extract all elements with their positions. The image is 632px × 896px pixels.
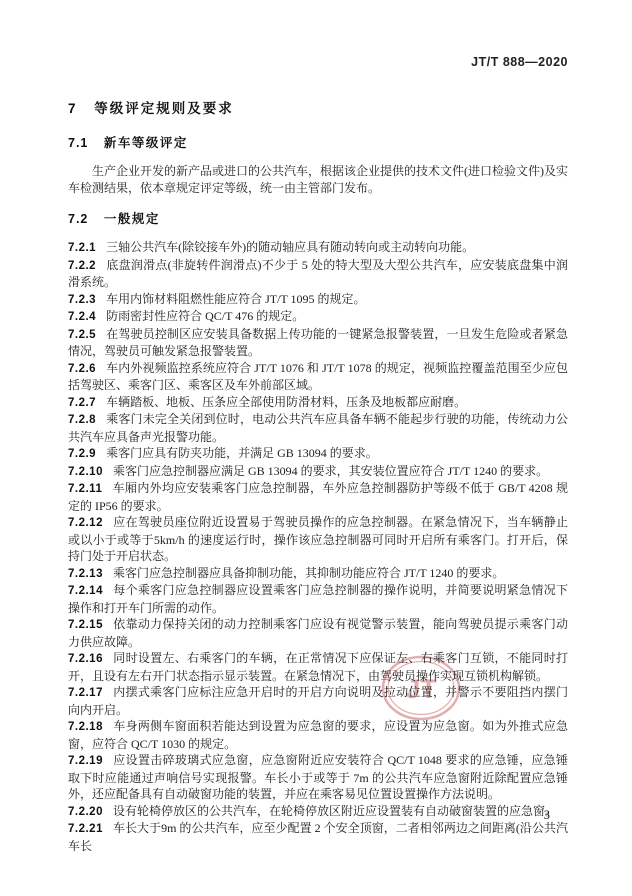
clause-number: 7.2.2 <box>68 260 96 272</box>
clause-number: 7.2.19 <box>68 755 103 767</box>
clause: 7.2.10乘客门应急控制器应满足 GB 13094 的要求，其安装位置应符合 … <box>68 463 568 481</box>
clause: 7.2.7车辆踏板、地板、压条应全部使用防滑材料，压条及地板都应耐磨。 <box>68 394 568 412</box>
section-7-2-heading: 7.2 一般规定 <box>68 209 568 227</box>
clause: 7.2.9乘客门应具有防夹功能，并满足 GB 13094 的要求。 <box>68 445 568 463</box>
clause-text: 乘客门应具有防夹功能，并满足 GB 13094 的要求。 <box>106 446 378 460</box>
clause: 7.2.17内摆式乘客门应标注应急开启时的开启方向说明及拉动位置，并警示不要阻挡… <box>68 684 568 718</box>
clause-text: 乘客门应急控制器应满足 GB 13094 的要求，其安装位置应符合 JT/T 1… <box>113 464 548 478</box>
chapter-title: 等级评定规则及要求 <box>94 101 234 116</box>
clause: 7.2.4防雨密封性应符合 QC/T 476 的规定。 <box>68 308 568 326</box>
clause: 7.2.19应设置击碎玻璃式应急窗，应急窗附近应安装符合 QC/T 1048 要… <box>68 752 568 803</box>
clause-text: 车身两侧车窗面积若能达到设置为应急窗的要求，应设置为应急窗。如为外推式应急窗，应… <box>68 719 568 751</box>
clause-number: 7.2.11 <box>68 483 102 495</box>
section-7-1-title: 新车等级评定 <box>104 136 188 150</box>
clause-text: 底盘润滑点(非旋转件润滑点)不少于 5 处的特大型及大型公共汽车，应安装底盘集中… <box>68 258 568 290</box>
clause-number: 7.2.4 <box>68 311 96 323</box>
clause-number: 7.2.12 <box>68 517 103 529</box>
clause: 7.2.15依靠动力保持关闭的动力控制乘客门应设有视觉警示装置，能向驾驶员提示乘… <box>68 616 568 650</box>
section-7-2-title: 一般规定 <box>104 212 160 226</box>
section-7-1-paragraph: 生产企业开发的新产品或进口的公共汽车，根据该企业提供的技术文件(进口检验文件)及… <box>68 163 568 196</box>
clause: 7.2.5在驾驶员控制区应安装具备数据上传功能的一键紧急报警装置，一旦发生危险或… <box>68 326 568 360</box>
page-number: 3 <box>544 808 550 823</box>
clause-text: 应设置击碎玻璃式应急窗，应急窗附近应安装符合 QC/T 1048 要求的应急锤，… <box>68 753 568 801</box>
clause-number: 7.2.13 <box>68 568 103 580</box>
clause-text: 车辆踏板、地板、压条应全部使用防滑材料，压条及地板都应耐磨。 <box>106 395 466 409</box>
clause-text: 三轴公共汽车(除铰接车外)的随动轴应具有随动转向或主动转向功能。 <box>106 240 474 254</box>
clause: 7.2.1三轴公共汽车(除铰接车外)的随动轴应具有随动转向或主动转向功能。 <box>68 239 568 257</box>
standard-number: JT/T 888—2020 <box>68 55 568 69</box>
clause-text: 依靠动力保持关闭的动力控制乘客门应设有视觉警示装置，能向驾驶员提示乘客门动力供应… <box>68 617 568 649</box>
clause: 7.2.21车长大于9m 的公共汽车，应至少配置 2 个安全顶窗，二者相邻两边之… <box>68 820 568 854</box>
clause-text: 应在驾驶员座位附近设置易于驾驶员操作的应急控制器。在紧急情况下，当车辆静止或以小… <box>68 515 568 563</box>
page-content: JT/T 888—2020 7 等级评定规则及要求 7.1 新车等级评定 生产企… <box>68 55 568 854</box>
clause-text: 乘客门未完全关闭到位时，电动公共汽车应具备车辆不能起步行驶的功能，传统动力公共汽… <box>68 412 568 444</box>
clause-number: 7.2.17 <box>68 687 103 699</box>
clause-number: 7.2.20 <box>68 806 103 818</box>
clause: 7.2.8乘客门未完全关闭到位时，电动公共汽车应具备车辆不能起步行驶的功能，传统… <box>68 411 568 445</box>
clause-number: 7.2.16 <box>68 653 103 665</box>
chapter-heading: 7 等级评定规则及要求 <box>68 97 568 117</box>
clause: 7.2.12应在驾驶员座位附近设置易于驾驶员操作的应急控制器。在紧急情况下，当车… <box>68 514 568 565</box>
clause-list: 7.2.1三轴公共汽车(除铰接车外)的随动轴应具有随动转向或主动转向功能。7.2… <box>68 239 568 854</box>
clause-number: 7.2.8 <box>68 414 96 426</box>
clause: 7.2.13乘客门应急控制器应具备抑制功能，其抑制功能应符合 JT/T 1240… <box>68 565 568 583</box>
clause-text: 设有轮椅停放区的公共汽车，在轮椅停放区附近应设置装有自动破窗装置的应急窗。 <box>113 804 557 818</box>
clause-number: 7.2.14 <box>68 585 103 597</box>
chapter-number: 7 <box>68 101 77 116</box>
clause-number: 7.2.10 <box>68 466 103 478</box>
document-page: JT JT/T 888—2020 7 等级评定规则及要求 7.1 新车等级评定 … <box>0 0 632 896</box>
section-7-1-heading: 7.1 新车等级评定 <box>68 133 568 151</box>
clause-number: 7.2.6 <box>68 363 96 375</box>
section-7-1-number: 7.1 <box>68 136 88 150</box>
clause-number: 7.2.7 <box>68 397 96 409</box>
clause-text: 车长大于9m 的公共汽车，应至少配置 2 个安全顶窗，二者相邻两边之间距离(沿公… <box>68 821 568 853</box>
clause-number: 7.2.15 <box>68 619 103 631</box>
section-7-2-number: 7.2 <box>68 212 88 226</box>
clause-text: 车厢内外均应安装乘客门应急控制器，车外应急控制器防护等级不低于 GB/T 420… <box>68 481 568 513</box>
clause: 7.2.18车身两侧车窗面积若能达到设置为应急窗的要求，应设置为应急窗。如为外推… <box>68 718 568 752</box>
clause-text: 内摆式乘客门应标注应急开启时的开启方向说明及拉动位置，并警示不要阻挡内摆门向内开… <box>68 685 568 717</box>
clause-text: 车内外视频监控系统应符合 JT/T 1076 和 JT/T 1078 的规定，视… <box>68 361 568 393</box>
clause-number: 7.2.18 <box>68 721 103 733</box>
clause-number: 7.2.5 <box>68 329 96 341</box>
clause: 7.2.16同时设置左、右乘客门的车辆，在正常情况下应保证左、右乘客门互锁，不能… <box>68 650 568 684</box>
clause: 7.2.2底盘润滑点(非旋转件润滑点)不少于 5 处的特大型及大型公共汽车，应安… <box>68 257 568 291</box>
clause-text: 乘客门应急控制器应具备抑制功能，其抑制功能应符合 JT/T 1240 的要求。 <box>113 566 504 580</box>
clause-text: 在驾驶员控制区应安装具备数据上传功能的一键紧急报警装置，一旦发生危险或者紧急情况… <box>68 327 568 359</box>
clause: 7.2.6车内外视频监控系统应符合 JT/T 1076 和 JT/T 1078 … <box>68 360 568 394</box>
clause: 7.2.3车用内饰材料阻燃性能应符合 JT/T 1095 的规定。 <box>68 291 568 309</box>
clause-text: 同时设置左、右乘客门的车辆，在正常情况下应保证左、右乘客门互锁，不能同时打开，且… <box>68 651 568 683</box>
clause-text: 防雨密封性应符合 QC/T 476 的规定。 <box>106 309 304 323</box>
clause-number: 7.2.1 <box>68 242 96 254</box>
clause-number: 7.2.9 <box>68 448 96 460</box>
clause-text: 车用内饰材料阻燃性能应符合 JT/T 1095 的规定。 <box>106 292 365 306</box>
clause-number: 7.2.21 <box>68 823 103 835</box>
clause: 7.2.11车厢内外均应安装乘客门应急控制器，车外应急控制器防护等级不低于 GB… <box>68 480 568 514</box>
clause-text: 每个乘客门应急控制器应设置乘客门应急控制器的操作说明，并简要说明紧急情况下操作和… <box>68 583 568 615</box>
clause-number: 7.2.3 <box>68 294 96 306</box>
clause: 7.2.14每个乘客门应急控制器应设置乘客门应急控制器的操作说明，并简要说明紧急… <box>68 582 568 616</box>
clause: 7.2.20设有轮椅停放区的公共汽车，在轮椅停放区附近应设置装有自动破窗装置的应… <box>68 803 568 821</box>
